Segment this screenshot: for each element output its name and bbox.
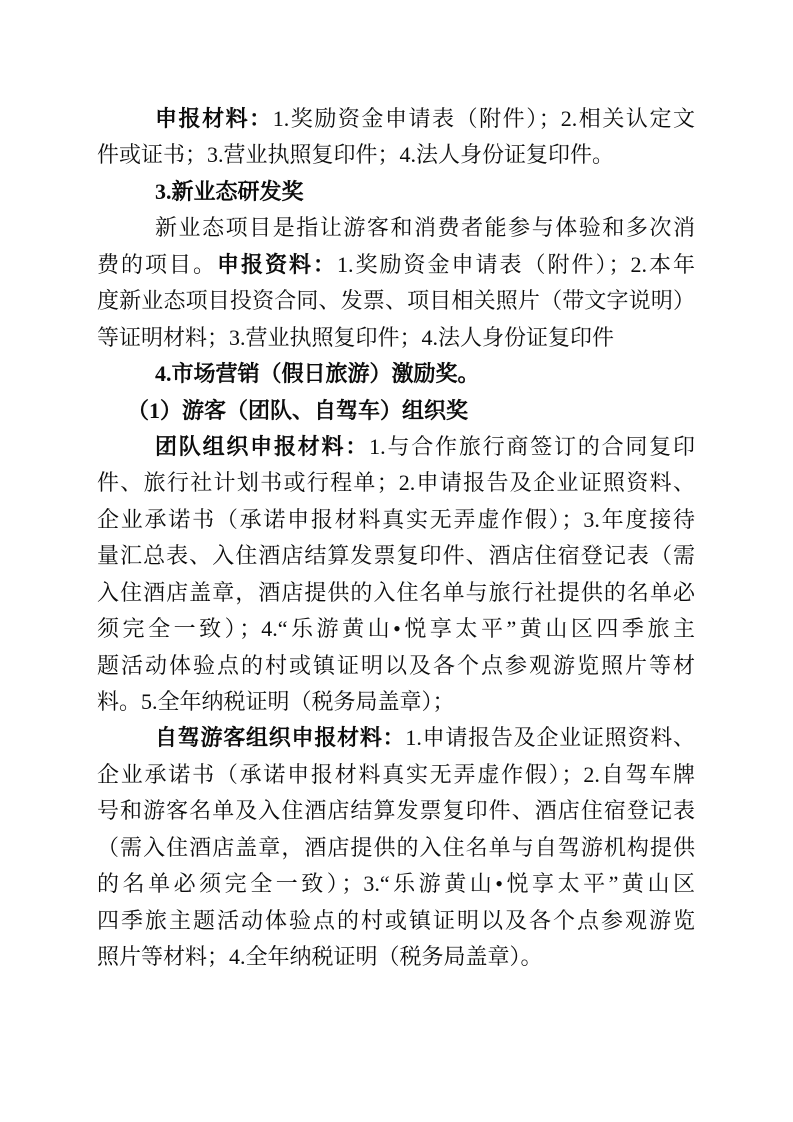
text-line: 申报材料：1.奖励资金申请表（附件）；2.相关认定文: [97, 101, 695, 137]
bold-label: 申报材料：: [155, 106, 273, 131]
text-segment: 1.与合作旅行商签订的合同复印: [369, 434, 695, 459]
text-segment: 费的项目。: [97, 252, 217, 277]
text-line: 入住酒店盖章，酒店提供的入住名单与旅行社提供的名单必: [97, 575, 695, 611]
text-line: 等证明材料；3.营业执照复印件；4.法人身份证复印件: [97, 320, 695, 356]
text-line: 题活动体验点的村或镇证明以及各个点参观游览照片等材: [97, 648, 695, 684]
text-line: 四季旅主题活动体验点的村或镇证明以及各个点参观游览: [97, 903, 695, 939]
text-line: （需入住酒店盖章，酒店提供的入住名单与自驾游机构提供: [97, 830, 695, 866]
text-line: 自驾游客组织申报材料：1.申请报告及企业证照资料、: [97, 720, 695, 756]
document-page: 申报材料：1.奖励资金申请表（附件）；2.相关认定文 件或证书；3.营业执照复印…: [0, 0, 793, 1122]
text-segment: 1.奖励资金申请表（附件）；2.相关认定文: [273, 106, 695, 131]
heading-text: （1）游客（团队、自驾车）组织奖: [127, 398, 468, 423]
text-line: 料。5.全年纳税证明（税务局盖章）；: [97, 684, 695, 720]
text-segment: 度新业态项目投资合同、发票、项目相关照片（带文字说明）: [97, 288, 695, 313]
text-segment: 照片等材料；4.全年纳税证明（税务局盖章）。: [97, 944, 543, 969]
text-segment: （需入住酒店盖章，酒店提供的入住名单与自驾游机构提供: [97, 835, 695, 860]
text-line: 费的项目。申报资料：1.奖励资金申请表（附件）；2.本年: [97, 247, 695, 283]
text-segment: 件或证书；3.营业执照复印件；4.法人身份证复印件。: [97, 142, 614, 167]
text-segment: 的名单必须完全一致）；3.“乐游黄山•悦享太平”黄山区: [97, 871, 695, 896]
text-line: 企业承诺书（承诺申报材料真实无弄虚作假）；3.年度接待: [97, 502, 695, 538]
text-segment: 企业承诺书（承诺申报材料真实无弄虚作假）；2.自驾车牌: [97, 762, 695, 787]
heading-text: 4.市场营销（假日旅游）激励奖。: [155, 361, 480, 386]
text-segment: 件、旅行社计划书或行程单；2.申请报告及企业证照资料、: [97, 470, 695, 495]
bold-label: 申报资料：: [217, 252, 337, 277]
text-line: 度新业态项目投资合同、发票、项目相关照片（带文字说明）: [97, 283, 695, 319]
section-heading: 4.市场营销（假日旅游）激励奖。: [97, 356, 695, 392]
text-line: 照片等材料；4.全年纳税证明（税务局盖章）。: [97, 939, 695, 975]
text-line: 号和游客名单及入住酒店结算发票复印件、酒店住宿登记表: [97, 793, 695, 829]
text-segment: 四季旅主题活动体验点的村或镇证明以及各个点参观游览: [97, 908, 695, 933]
text-line: 企业承诺书（承诺申报材料真实无弄虚作假）；2.自驾车牌: [97, 757, 695, 793]
section-heading: 3.新业态研发奖: [97, 174, 695, 210]
text-line: 件、旅行社计划书或行程单；2.申请报告及企业证照资料、: [97, 465, 695, 501]
text-segment: 新业态项目是指让游客和消费者能参与体验和多次消: [155, 215, 695, 240]
text-segment: 1.申请报告及企业证照资料、: [405, 725, 695, 750]
heading-text: 3.新业态研发奖: [155, 179, 304, 204]
text-segment: 1.奖励资金申请表（附件）；2.本年: [337, 252, 695, 277]
text-line: 须完全一致）；4.“乐游黄山•悦享太平”黄山区四季旅主: [97, 611, 695, 647]
section-heading: （1）游客（团队、自驾车）组织奖: [97, 393, 695, 429]
text-segment: 题活动体验点的村或镇证明以及各个点参观游览照片等材: [97, 653, 695, 678]
text-line: 件或证书；3.营业执照复印件；4.法人身份证复印件。: [97, 137, 695, 173]
bold-label: 自驾游客组织申报材料：: [155, 725, 405, 750]
text-line: 团队组织申报材料：1.与合作旅行商签订的合同复印: [97, 429, 695, 465]
text-segment: 料。5.全年纳税证明（税务局盖章）；: [97, 689, 455, 714]
text-segment: 入住酒店盖章，酒店提供的入住名单与旅行社提供的名单必: [97, 580, 695, 605]
text-line: 新业态项目是指让游客和消费者能参与体验和多次消: [97, 210, 695, 246]
text-segment: 号和游客名单及入住酒店结算发票复印件、酒店住宿登记表: [97, 798, 695, 823]
text-segment: 须完全一致）；4.“乐游黄山•悦享太平”黄山区四季旅主: [97, 616, 695, 641]
text-line: 的名单必须完全一致）；3.“乐游黄山•悦享太平”黄山区: [97, 866, 695, 902]
text-segment: 量汇总表、入住酒店结算发票复印件、酒店住宿登记表（需: [97, 543, 695, 568]
text-segment: 等证明材料；3.营业执照复印件；4.法人身份证复印件: [97, 325, 614, 350]
text-line: 量汇总表、入住酒店结算发票复印件、酒店住宿登记表（需: [97, 538, 695, 574]
document-body: 申报材料：1.奖励资金申请表（附件）；2.相关认定文 件或证书；3.营业执照复印…: [97, 101, 695, 976]
text-segment: 企业承诺书（承诺申报材料真实无弄虚作假）；3.年度接待: [97, 507, 695, 532]
bold-label: 团队组织申报材料：: [155, 434, 369, 459]
